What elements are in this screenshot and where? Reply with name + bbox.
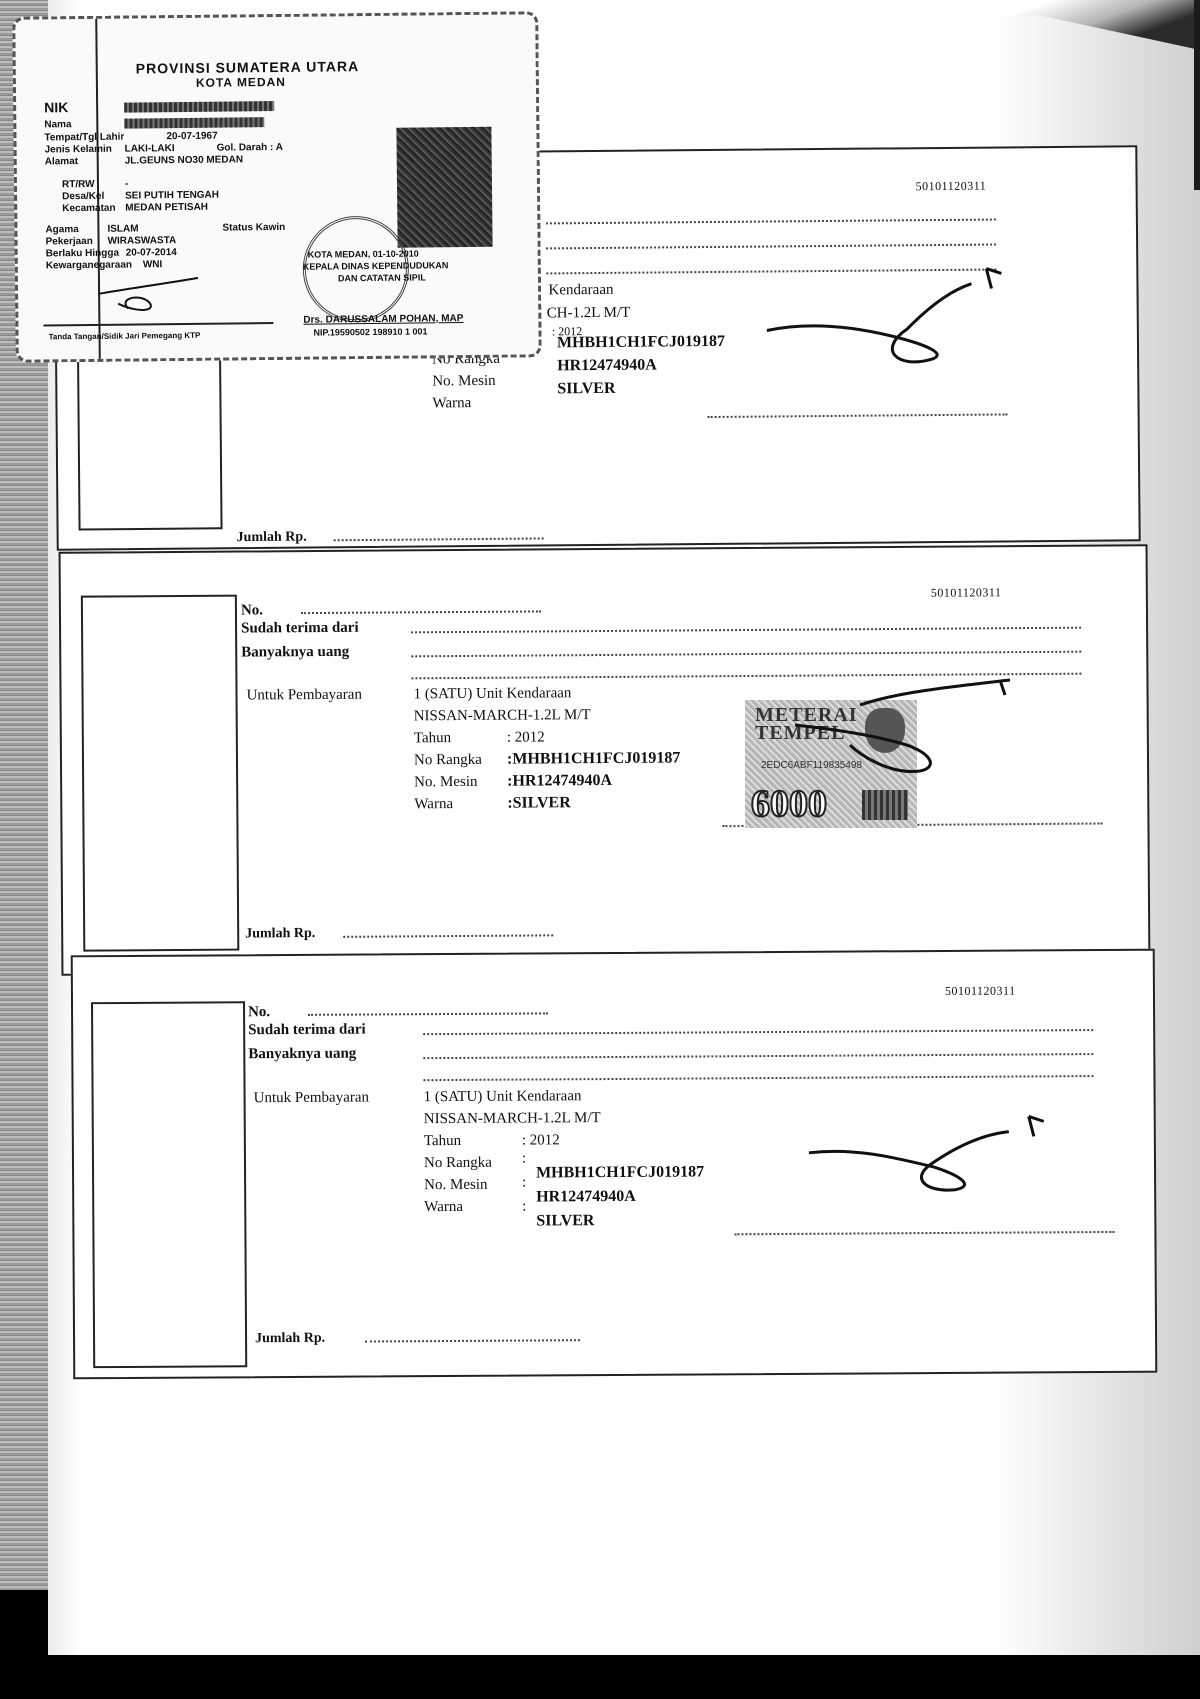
receipt-3-colon: :: [522, 1199, 526, 1216]
receipt-2-year-label: Tahun: [414, 730, 451, 747]
ktp-redacted-nik: [124, 101, 274, 113]
ktp-value-berlaku: 20-07-2014: [126, 247, 177, 259]
receipt-3-engine: HR12474940A: [536, 1188, 636, 1207]
receipt-3-chassis: MHBH1CH1FCJ019187: [536, 1163, 704, 1182]
ktp-id-card-copy: PROVINSI SUMATERA UTARA KOTA MEDAN NIK N…: [12, 11, 542, 362]
receipt-2-photo-box: [81, 595, 239, 952]
ktp-value-kewarganegaraan: WNI: [143, 259, 163, 270]
receipt-3-no-label: No.: [248, 1004, 270, 1021]
ktp-label-kecamatan: Kecamatan: [62, 203, 115, 215]
receipt-1-color-label: Warna: [432, 395, 471, 412]
receipt-2-total-line: [343, 934, 553, 937]
receipt-2-from-label: Sudah terima dari: [241, 620, 359, 638]
receipt-1-purpose-fragment: Kendaraan: [548, 282, 613, 300]
signature-icon: [756, 258, 1027, 370]
receipt-1-engine-label: No. Mesin: [432, 373, 495, 391]
receipt-2-engine: :HR12474940A: [507, 772, 612, 791]
ktp-province: PROVINSI SUMATERA UTARA: [136, 58, 360, 76]
receipt-3-photo-box: [91, 1001, 247, 1368]
receipt-3-purpose-line1: 1 (SATU) Unit Kendaraan: [424, 1088, 582, 1106]
receipt-2-from-line: [411, 627, 1081, 634]
ktp-redacted-nama: [124, 117, 264, 128]
receipt-1-total-label: Jumlah Rp.: [237, 530, 307, 547]
ktp-label-nama: Nama: [44, 119, 71, 130]
ktp-issued: KOTA MEDAN, 01-10-2010: [308, 249, 419, 260]
receipt-2-serial: 50101120311: [931, 585, 1002, 600]
receipt-2-color-label: Warna: [414, 796, 453, 813]
receipt-3-colon: :: [522, 1151, 526, 1168]
ktp-value-rtrw: -: [125, 179, 128, 190]
receipt-3-total-label: Jumlah Rp.: [255, 1331, 325, 1347]
ktp-label-kewarganegaraan: Kewarganegaraan: [46, 260, 132, 272]
receipt-3-purpose-label: Untuk Pembayaran: [254, 1089, 369, 1107]
ktp-blood: Gol. Darah : A: [217, 142, 283, 154]
ktp-marital-label: Status Kawin: [222, 222, 285, 234]
receipt-2-total-label: Jumlah Rp.: [245, 926, 315, 942]
receipt-3-no-line: [308, 1012, 548, 1015]
ktp-label-nik: NIK: [44, 99, 68, 115]
receipt-3-from-line: [423, 1029, 1093, 1035]
ktp-photo: [396, 127, 492, 248]
signature-icon: [804, 1091, 1065, 1203]
ktp-label-desa: Desa/Kel: [62, 191, 104, 202]
receipt-1-signature-line: [708, 413, 1008, 418]
receipt-1-model-fragment: CH-1.2L M/T: [547, 305, 631, 323]
signature-icon: [88, 273, 209, 324]
receipt-3-signature-line: [734, 1231, 1114, 1235]
receipt-3-colon: :: [522, 1175, 526, 1192]
receipt-3-amount-line: [423, 1053, 1093, 1059]
ktp-label-rtrw: RT/RW: [62, 179, 95, 190]
ktp-official-nip: NIP.19590502 198910 1 001: [313, 326, 427, 337]
receipt-1-serial: 50101120311: [916, 179, 987, 195]
receipt-3-color: SILVER: [536, 1212, 594, 1230]
receipt-1-total-line: [334, 537, 544, 541]
ktp-value-gender: LAKI-LAKI: [125, 143, 175, 155]
receipt-2-no-label: No.: [241, 602, 263, 619]
receipt-3-total-line: [365, 1339, 580, 1342]
receipt-2-chassis-label: No Rangka: [414, 752, 482, 769]
receipt-2-no-line: [301, 610, 541, 614]
receipt-3-serial: 50101120311: [945, 984, 1016, 999]
receipt-1-dotline: [546, 244, 996, 250]
ktp-label-agama: Agama: [45, 224, 78, 235]
receipt-3-from-label: Sudah terima dari: [248, 1022, 366, 1040]
receipt-1-chassis: MHBH1CH1FCJ019187: [557, 333, 725, 352]
receipt-1-color: SILVER: [557, 380, 615, 399]
receipt-2-engine-label: No. Mesin: [414, 774, 477, 791]
receipt-2-amount-line: [411, 651, 1081, 658]
receipt-1-engine: HR12474940A: [557, 356, 657, 375]
receipt-3-amount-label: Banyaknya uang: [248, 1046, 356, 1064]
receipt-2-purpose-label: Untuk Pembayaran: [246, 687, 362, 705]
receipt-1-dotline: [546, 219, 996, 225]
ktp-label-gender: Jenis Kelamin: [45, 144, 112, 156]
receipt-2-amount-label: Banyaknya uang: [241, 644, 349, 662]
signature-icon: [790, 675, 1020, 785]
ktp-label-berlaku: Berlaku Hingga: [46, 248, 119, 260]
receipt-2-purpose-line1: 1 (SATU) Unit Kendaraan: [413, 685, 571, 703]
receipt-3-year: : 2012: [522, 1132, 560, 1149]
scan-right-edge: [1194, 0, 1200, 190]
receipt-3-year-label: Tahun: [424, 1133, 461, 1150]
ktp-office-line2: DAN CATATAN SIPIL: [338, 272, 426, 283]
ktp-office-line1: KEPALA DINAS KEPENDUDUKAN: [303, 260, 449, 272]
receipt-2-chassis: :MHBH1CH1FCJ019187: [507, 749, 680, 768]
receipt-3-color-label: Warna: [424, 1199, 463, 1216]
ktp-sign-line: [43, 322, 273, 326]
ktp-value-pekerjaan: WIRASWASTA: [108, 235, 177, 247]
ktp-official-name: Drs. DARUSSALAM POHAN, MAP: [303, 313, 463, 326]
ktp-label-address: Alamat: [45, 156, 78, 167]
receipt-3: 50101120311 No. Sudah terima dari Banyak…: [71, 949, 1158, 1380]
meterai-qr-icon: [862, 790, 908, 820]
receipt-3-chassis-label: No Rangka: [424, 1155, 492, 1172]
receipt-2-color: :SILVER: [507, 794, 571, 812]
receipt-3-purpose-line2: NISSAN-MARCH-1.2L M/T: [424, 1110, 601, 1128]
ktp-value-address: JL.GEUNS NO30 MEDAN: [125, 154, 243, 166]
ktp-label-pekerjaan: Pekerjaan: [46, 236, 93, 247]
ktp-value-kecamatan: MEDAN PETISAH: [125, 202, 208, 214]
ktp-value-desa: SEI PUTIH TENGAH: [125, 190, 219, 202]
receipt-2-purpose-line2: NISSAN-MARCH-1.2L M/T: [414, 707, 591, 725]
receipt-3-amount-line2: [423, 1075, 1093, 1081]
meterai-amount: 6000: [751, 782, 827, 826]
ktp-city: KOTA MEDAN: [196, 75, 286, 90]
receipt-2-year: : 2012: [507, 729, 545, 746]
ktp-value-agama: ISLAM: [107, 223, 138, 234]
receipt-3-engine-label: No. Mesin: [424, 1177, 487, 1194]
ktp-label-ttl: Tempat/Tgl Lahir: [44, 132, 124, 144]
ktp-holder-sign-label: Tanda Tangan/Sidik Jari Pemegang KTP: [49, 331, 201, 342]
ktp-value-ttl: 20-07-1967: [166, 131, 217, 143]
